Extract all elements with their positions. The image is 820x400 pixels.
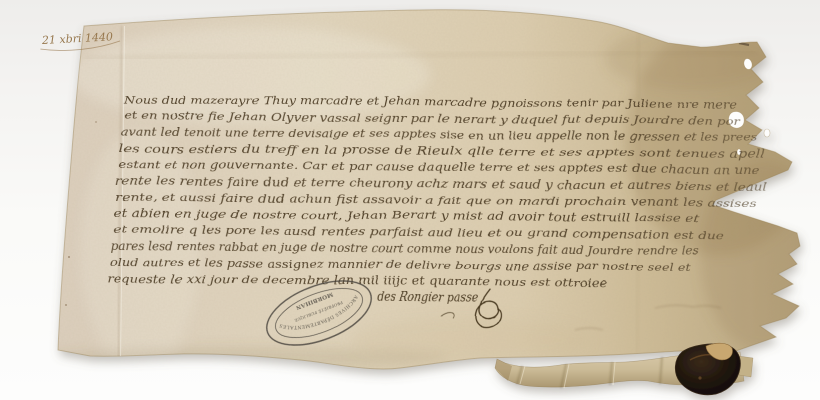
- photo-canvas: 21 xbri 1440 Nous dud mazerayre Thuy mar…: [0, 0, 820, 400]
- notary-signature: des Rongier passe: [378, 288, 478, 304]
- wax-seal: [675, 343, 740, 395]
- parchment-photograph: 21 xbri 1440 Nous dud mazerayre Thuy mar…: [0, 0, 820, 400]
